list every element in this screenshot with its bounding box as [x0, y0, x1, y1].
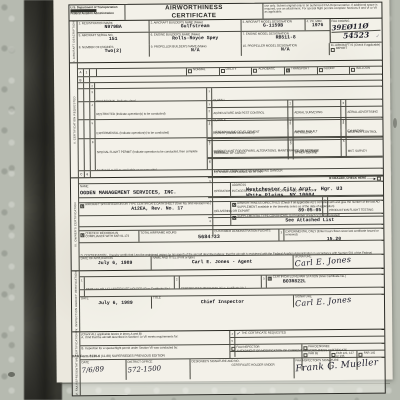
- section4-body: A. THE AIRCRAFT DESCRIBED ABOVE HAS BEEN…: [80, 268, 385, 331]
- inspection-signature-row: DATE July 6, 1989 TITLE Chief Inspector …: [80, 294, 384, 309]
- section4-side-label: IV. INSPECTION AGENCY VERIFICATION: [73, 271, 78, 331]
- instructions-block: use only. Submit original only to an aut…: [263, 3, 381, 19]
- opt-aerial-advertising: AERIAL ADVERTISING: [346, 99, 382, 118]
- instructions-text: use only. Submit original only to an aut…: [264, 3, 380, 14]
- certificate-paper: ✓ U.S. Department of Transportation Fede…: [53, 0, 392, 382]
- faa-designee-checkbox: [303, 346, 307, 350]
- faa-form-8130-6: U.S. Department of Transportation Federa…: [68, 2, 385, 397]
- far145-checkbox: [359, 352, 363, 356]
- import-checkbox: [331, 48, 335, 52]
- experimental-label-cell: EXPERIMENTAL (Indicate operation(s) to b…: [95, 120, 207, 139]
- section1-left: 1. REGISTRATION MARK N979BA 2. AIRCRAFT …: [78, 19, 330, 45]
- opt-exhibition: EXHIBITION: [346, 118, 382, 137]
- serial-no-value: 151: [79, 37, 148, 43]
- cert-requested-label: THE CERTIFICATE REQUESTED: [241, 331, 286, 336]
- permit-label: SPECIAL FLIGHT PERMIT (Indicate operatio…: [97, 149, 198, 170]
- category-normal: NORMAL: [187, 68, 220, 75]
- inspection-signature-field: SIGNATURE Carl E. Jones: [294, 294, 384, 307]
- airworthiness-directives-checkbox: X: [232, 203, 236, 207]
- opt-ferry-flight: FERRY FLIGHT FOR REPAIRS, ALTERATIONS, M…: [213, 137, 383, 157]
- repair-station-cert-no: BO3R822L: [283, 278, 383, 285]
- glider-label: GLIDER: [324, 67, 335, 73]
- section-owners-certification: III. OWNER'S CERTIFICATION A. REGISTERED…: [71, 176, 384, 271]
- section-certification-requested: II. CERTIFICATION REQUESTED APPLICATION …: [70, 60, 383, 178]
- agency-line1: U.S. Department of Transportation: [70, 5, 123, 9]
- section-aircraft-description: I. AIRCRAFT DESCRIPTION 1. REGISTRATION …: [70, 19, 382, 63]
- applicant-name-title-field: NAME AND TITLE (Print or type) Carl E. J…: [152, 255, 294, 269]
- opt-label: AERIAL SURVEYING: [294, 110, 322, 114]
- opt-label: FERRY FLIGHT FOR REPAIRS, ALTERATIONS, M…: [214, 148, 320, 153]
- records-compliance-label: CHECK IF RECORDS IN COMPLIANCE WITH FAR …: [85, 232, 137, 242]
- glider-checkbox: [319, 68, 323, 72]
- dealer-checkbox: [377, 177, 381, 181]
- balloon-checkbox: [351, 68, 355, 72]
- prop-builder-value: N/A: [151, 48, 240, 55]
- faa-inspector-label: FAA INSPECTOR: [236, 345, 259, 350]
- aircraft-builder-value: Gulfstream: [151, 24, 240, 31]
- section-inspection-agency: IV. INSPECTION AGENCY VERIFICATION A. TH…: [72, 268, 385, 332]
- category-balloon: BALLOON: [350, 66, 382, 73]
- agency-block: U.S. Department of Transportation Federa…: [69, 5, 125, 20]
- aircraft-builder-field: 2. AIRCRAFT BUILDER'S NAME (Make) Gulfst…: [150, 20, 242, 32]
- experimental-label: EXPERIMENTAL (Indicate operation(s) to b…: [96, 130, 169, 135]
- repair-station-checkbox: X: [268, 277, 272, 281]
- section2-side-label: II. CERTIFICATION REQUESTED: [72, 96, 76, 144]
- faa-designee-label: FAA DESIGNEE: [308, 345, 329, 350]
- registration-mark-field: 1. REGISTRATION MARK N979BA: [78, 21, 150, 33]
- num-engines-field: 8. NUMBER OF ENGINES Two(2): [78, 45, 150, 58]
- restricted-label: RESTRICTED (Indicate operation(s) to be …: [96, 111, 165, 116]
- permit-inspection-label: B. Inspection for a special flight permi…: [81, 346, 228, 351]
- section3-body: A. REGISTERED OWNER (As shown on certifi…: [79, 176, 384, 270]
- dealer-check-cell: IF DEALER, CHECK HERE ───▶: [291, 176, 383, 182]
- prop-model-field: 10. PROPELLER MODEL DESIGNATION N/A: [242, 43, 330, 56]
- scan-speck: [393, 118, 397, 128]
- faa-date-field: DATE 7/6/89: [80, 360, 126, 380]
- category-glider: GLIDER: [318, 66, 351, 73]
- permit-label-cell: SPECIAL FLIGHT PERMIT (Indicate operatio…: [96, 138, 208, 169]
- faa-designee-option: FAA DESIGNEE: [302, 344, 384, 351]
- opt-label: AMATEUR BUILT: [294, 129, 317, 133]
- stc-value: See Attached List: [237, 217, 382, 224]
- dealer-arrow-icon: ───▶: [367, 176, 376, 180]
- stc-checkbox: X: [232, 216, 236, 220]
- standard-cert-checkcell: X: [90, 69, 97, 76]
- inspection-date-value: July 6, 1989: [81, 300, 150, 306]
- type-cert-value: A12EA, Rev. No. 17: [85, 206, 229, 213]
- airworthiness-directives-field: X AIRWORTHINESS DIRECTIVES (Check if all…: [231, 200, 383, 213]
- form-number: FAA Form 8130-6: [72, 354, 100, 358]
- inspector-title-value: Chief Inspector: [153, 299, 292, 306]
- faa-coding-handwritten-2: 54523: [332, 30, 381, 41]
- stc-field: X SUPPLEMENTAL TYPE CERTIFICATE (List nu…: [231, 213, 383, 224]
- section2-body: APPLICATION IS HEREBY MADE FOR: (Check a…: [78, 60, 383, 177]
- form-title: AIRWORTHINESS CERTIFICATE: [125, 4, 263, 20]
- repair-station-field: X CERTIFICATED REPAIR STATION (Give Cert…: [267, 274, 384, 287]
- section1-body: 1. REGISTRATION MARK N979BA 2. AIRCRAFT …: [78, 19, 382, 62]
- owner-name-value: OGDEN MANAGEMENT SERVICES, INC.: [80, 189, 229, 197]
- import-option-label: IMPORT: [336, 47, 347, 52]
- engine-builder-field: 6. ENGINE BUILDER'S NAME (Make) Rolls-Ro…: [150, 32, 242, 45]
- form-footer: FAA Form 8130-6 (11-88) SUPERSEDES PREVI…: [72, 354, 164, 359]
- faa-inspector-checkbox: [231, 347, 235, 351]
- utility-label: UTILITY: [226, 68, 237, 74]
- part121-field: PART 121 OR 127 CERTIFICATE HOLDER (Give…: [85, 276, 175, 289]
- far65-checkbox: [303, 353, 307, 357]
- district-office-handwritten: 572-1500: [127, 364, 188, 375]
- prop-model-value: N/A: [243, 47, 328, 53]
- special-flight-permit-group: 8 SPECIAL FLIGHT PERMIT (Indicate operat…: [79, 137, 383, 171]
- opt-label: RESEARCH AND DEVELOPMENT: [213, 130, 259, 134]
- standard-cert-label-cell: STANDARD AIRWORTHINESS CERTIFICATE (Indi…: [97, 68, 187, 76]
- prop-builder-field: 9. PROPELLER BUILDER'S NAME (Make) N/A: [150, 44, 242, 57]
- faa-coding-box: FAA CODING 39EØ11Ø 54523: [330, 19, 382, 43]
- faa-findings-label-cell: (Check ALL applicable blocks in items A …: [80, 331, 230, 345]
- owner-signature-row: DATE OF APPLICATION July 6, 1989 NAME AN…: [80, 254, 384, 270]
- section1-side-label: I. AIRCRAFT DESCRIPTION: [71, 21, 75, 62]
- airframe-hours-value: 5684:33: [140, 234, 277, 241]
- restricted-label-cell: RESTRICTED (Indicate operation(s) to be …: [95, 101, 207, 120]
- engine-builder-value: Rolls-Royce Spey: [151, 36, 240, 43]
- experimental-only-field: EXPERIMENTAL ONLY (Enter hours flown sin…: [284, 229, 383, 240]
- airframe-hours-field: TOTAL AIRFRAME HOURS 5684:33: [139, 230, 279, 242]
- type-cert-checkbox: X: [80, 204, 84, 208]
- aircraft-row-3: 8. NUMBER OF ENGINES Two(2) 9. PROPELLER…: [78, 43, 382, 58]
- year-mfr-field: 4. YR. MFR. 1976: [306, 19, 330, 30]
- agency-line2: Federal Aviation Administration: [70, 12, 123, 16]
- transport-checkbox: X: [286, 69, 290, 73]
- opt-aerial-surveying: AERIAL SURVEYING: [293, 99, 341, 118]
- engine-model-value: RB511-8: [243, 35, 329, 42]
- opt-label: AERIAL ADVERTISING: [347, 110, 378, 114]
- section1-rows-1-2: 1. REGISTRATION MARK N979BA 2. AIRCRAFT …: [78, 19, 382, 46]
- form-edition-note: (11-88) SUPERSEDES PREVIOUS EDITION: [101, 354, 165, 359]
- owner-name-field: NAME OGDEN MANAGEMENT SERVICES, INC.: [79, 183, 231, 197]
- owner-signature-field: SIGNATURE Carl E. Jones: [294, 254, 384, 268]
- section-faa-representative: V. FAA REPRESENTATIVE CERTIFICATION (Che…: [72, 330, 385, 396]
- faa-inspector-signature-field: FAA INSPECTOR'S SIGNATURE Frank G. Muell…: [294, 358, 384, 379]
- serial-no-field: 5. AIRCRAFT SERIAL NO. 151: [78, 33, 150, 46]
- records-compliance-field: X CHECK IF RECORDS IN COMPLIANCE WITH FA…: [79, 231, 139, 242]
- category-utility: UTILITY: [220, 67, 253, 74]
- section5-side-label: V. FAA REPRESENTATIVE CERTIFICATION: [74, 332, 79, 395]
- category-acrobatic: ACROBATIC: [252, 67, 285, 74]
- aircraft-is-field: 11. AIRCRAFT IS (Check if applicable) IM…: [330, 43, 382, 55]
- opt-research-development: RESEARCH AND DEVELOPMENT: [212, 119, 288, 139]
- opt-label: AGRICULTURE AND PEST CONTROL: [213, 111, 264, 115]
- mechanic-field: CERTIFICATED MECHANIC (Give Certificate …: [180, 275, 262, 288]
- designee-signature-field: DESIGNEE'S SIGNATURE AND NO.: [190, 359, 294, 380]
- application-date-value: July 6, 1989: [81, 260, 150, 266]
- owner-name-label: NAME: [80, 184, 229, 189]
- records-compliance-checkbox: X: [80, 233, 84, 237]
- inspector-title-field: TITLE Chief Inspector: [152, 295, 294, 309]
- cert-requested-pen-check: ✓: [236, 332, 240, 337]
- transport-label: TRANSPORT: [291, 67, 309, 73]
- district-office-field: DISTRICT OFFICE 572-1500: [126, 359, 190, 380]
- scanned-airworthiness-certificate: { "colors":{"background":"#b6bab0","pape…: [0, 0, 400, 400]
- owner-address-field: ADDRESS Westchester City Arpt., Hgr. U3 …: [231, 182, 383, 196]
- section5-body: (Check ALL applicable blocks in items A …: [80, 330, 385, 395]
- designee-signature-label: DESIGNEE'S SIGNATURE AND NO.: [191, 359, 292, 363]
- normal-checkbox: [188, 69, 192, 73]
- acrobatic-checkbox: [253, 69, 257, 73]
- faa-inspector-option: FAA INSPECTOR: [230, 344, 302, 351]
- num-engines-value: Two(2): [79, 49, 148, 55]
- type-cert-field: X AIRCRAFT SPECIFICATION OR TYPE CERTIFI…: [79, 202, 231, 215]
- faa-signature-row: DATE 7/6/89 DISTRICT OFFICE 572-1500 DES…: [80, 358, 384, 381]
- section3-side-label: III. OWNER'S CERTIFICATION: [73, 202, 77, 246]
- faa-date-label: DATE: [82, 361, 125, 365]
- aircraft-listing-field: AIRCRAFT LISTING (Give page number(s)): [79, 215, 231, 226]
- far121-checkbox: [331, 353, 335, 357]
- scan-speck: [8, 372, 15, 377]
- registration-mark-value: N979BA: [79, 25, 148, 31]
- aircraft-model-field: 3. AIRCRAFT MODEL DESIGNATION G-1159B: [242, 19, 306, 31]
- application-date-field: DATE OF APPLICATION July 6, 1989: [80, 256, 152, 270]
- balloon-label: BALLOON: [356, 67, 370, 73]
- opt-label: EXHIBITION: [347, 129, 364, 133]
- normal-label: NORMAL: [193, 68, 206, 74]
- category-transport: XTRANSPORT: [285, 67, 318, 74]
- inspection-date-field: DATE July 6, 1989: [80, 296, 152, 309]
- aircraft-model-value: G-1159B: [243, 23, 304, 29]
- title-line2: CERTIFICATE: [126, 11, 261, 19]
- acrobatic-label: ACROBATIC: [258, 68, 275, 74]
- engine-model-field: 7. ENGINE MODEL DESIGNATION RB511-8: [242, 31, 330, 44]
- applicant-name-title-value: Carl E. Jones - Agent: [153, 259, 292, 266]
- faa-date-handwritten: 7/6/89: [81, 364, 124, 374]
- dealer-check-label: IF DEALER, CHECK HERE: [329, 177, 366, 181]
- faa-findings-label: A. I find that the aircraft described in…: [81, 335, 228, 340]
- provisional-label-cell: PROVISIONAL (Indicate class): [95, 88, 207, 101]
- utility-checkbox: [221, 69, 225, 73]
- opt-agriculture: AGRICULTURE AND PEST CONTROL: [212, 100, 288, 120]
- year-mfr-value: 1976: [307, 23, 329, 29]
- opt-amateur-built: AMATEUR BUILT: [293, 118, 341, 137]
